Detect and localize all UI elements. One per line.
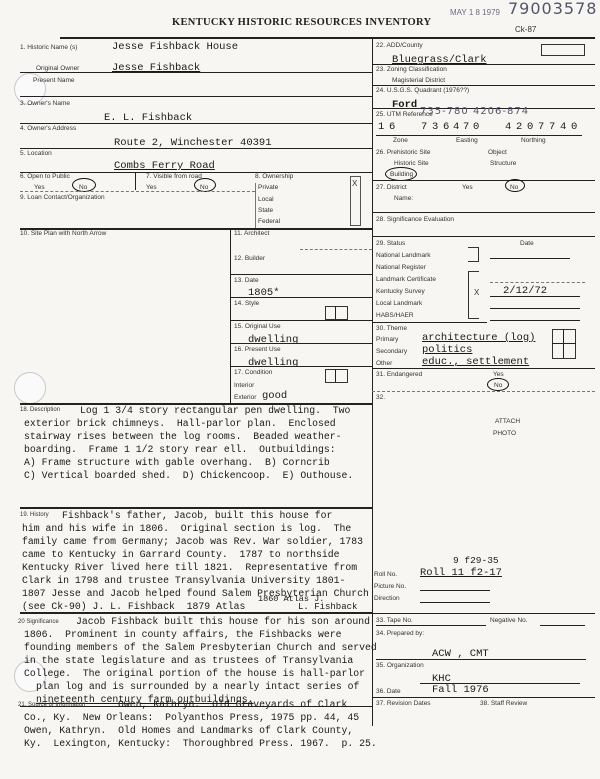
significance-evaluation-label: 28. Significance Evaluation [376,216,454,223]
theme-primary-label: Primary [376,336,398,343]
history-line: him and his wife in 1806. Original secti… [22,522,351,535]
district-yes[interactable]: Yes [462,184,473,191]
usgs-quadrant-label: 24. U.S.G.S. Quadrant (1976??) [376,87,469,94]
significance-line: 1806. Prominent in county affairs, the F… [24,628,341,641]
add-county-label: 22. ADD/County [376,42,423,49]
source-line: Owen, Kathryn. Old Homes and Landmarks o… [24,724,353,737]
negative-no-label: Negative No. [490,617,528,624]
rule [540,625,585,626]
visible-from-road-yes[interactable]: Yes [146,184,157,191]
owners-name-label: 3. Owner's Name [20,100,70,107]
rule [230,297,372,298]
rule [376,135,582,136]
builder-label: 12. Builder [234,255,265,262]
theme-other-label: Other [376,360,392,367]
rule [20,612,372,614]
theme-secondary-label: Secondary [376,348,407,355]
exterior-condition-value[interactable]: good [262,390,287,402]
magisterial-district-label: Magisterial District [392,77,445,84]
rule [372,322,487,323]
tape-no-label: 33. Tape No. [376,617,413,624]
form-title: KENTUCKY HISTORIC RESOURCES INVENTORY [172,17,431,28]
top-rule [60,37,595,39]
utm-easting-digit[interactable]: 3 [432,121,438,133]
visible-from-road-label: 7. Visible from road [146,173,202,180]
rule [372,697,595,698]
significance-line: founding members of the Salem Presbyteri… [24,641,377,654]
status-national-landmark: National Landmark [376,252,431,259]
utm-northing-digit[interactable]: 0 [571,121,577,133]
object-option[interactable]: Object [488,149,507,156]
present-use-label: 16. Present Use [234,346,281,353]
rule [490,308,580,309]
structure-option[interactable]: Structure [490,160,516,167]
description-label: 18. Description [20,407,60,413]
source-label: 21. Source of Information [18,702,85,708]
description-line: exterior brick chimneys. Hall-parlor pla… [24,417,336,430]
selected-building-circle [385,167,417,181]
field-32-label: 32. [376,394,385,401]
endangered-yes[interactable]: Yes [493,371,504,378]
condition-code-box[interactable] [325,369,348,383]
rule [255,183,256,228]
status-label: 29. Status [376,240,405,247]
original-owner-label: Original Owner [36,65,79,72]
rule [376,625,486,626]
style-code-box[interactable] [325,306,348,320]
present-use-value[interactable]: dwelling [248,357,298,369]
status-landmark-certificate: Landmark Certificate [376,276,436,283]
theme-label: 30. Theme [376,325,407,332]
open-to-public-label: 6. Open to Public [20,173,70,180]
picture-range-annotation: 9 f29-35 [453,555,499,566]
significance-label: 20 Significance [18,619,59,625]
location-label: 5. Location [20,150,52,157]
photo-area[interactable] [380,406,590,506]
prehistoric-site-label: 26. Prehistoric Site [376,149,431,156]
selected-no-circle [194,178,216,192]
ownership-private[interactable]: Private [258,184,278,191]
rule [552,343,576,344]
status-checkbox[interactable] [468,247,479,262]
utm-northing-digit[interactable]: 0 [527,121,533,133]
history-line: Kentucky River lived here till 1821. Rep… [22,561,357,574]
open-to-public-yes[interactable]: Yes [34,184,45,191]
ownership-local[interactable]: Local [258,196,274,203]
date-label: 13. Date [234,277,259,284]
location-value[interactable]: Combs Ferry Road [114,160,215,172]
theme-other-value[interactable]: educ., settlement [422,356,529,368]
rule [372,85,595,86]
description-line: boarding. Frame 1 1/2 story rear ell. Ou… [24,443,336,456]
picture-no-label: Picture No. [374,583,406,590]
selected-no-circle [505,179,525,192]
staff-review-label: 38. Staff Review [480,700,527,707]
history-line: came to Kentucky in Garrard County. 1787… [22,548,339,561]
rule [490,282,585,283]
significance-line: Jacob Fishback built this house for his … [76,615,370,628]
date-prepared-label: 36. Date [376,688,401,695]
significance-line: College. The original portion of the hou… [24,667,365,680]
site-plan-area[interactable] [20,240,228,400]
rule [372,391,595,392]
utm-easting-label: Easting [456,137,478,144]
rule [230,366,372,367]
rule [20,148,372,149]
organization-label: 35. Organization [376,662,424,669]
rule [230,228,231,403]
rule [230,343,372,344]
status-habs-haer: HABS/HAER [376,312,414,319]
present-name-label: Present Name [33,77,75,84]
ownership-check-mark: X [352,179,357,188]
architect-label: 11. Architect [234,230,269,237]
usgs-quadrant-value[interactable]: Ford [392,99,417,111]
rule [372,212,595,213]
rule [230,274,372,275]
rule [230,320,372,321]
historic-site-option[interactable]: Historic Site [394,160,429,167]
rule [372,64,595,65]
handwritten-register-number: 79003578 [508,0,597,18]
description-line: C) Vertical boarded shed. D) Chickencoop… [24,469,353,482]
column-divider [372,38,373,236]
ownership-label: 8. Ownership [255,173,293,180]
utm-northing-digit[interactable]: 2 [516,121,522,133]
description-line: Log 1 3/4 story rectangular pen dwelling… [80,404,350,417]
utm-northing-digit[interactable]: 7 [549,121,555,133]
rule [335,306,336,319]
selected-no-circle [487,378,509,391]
utm-northing-digit[interactable]: 7 [538,121,544,133]
history-line: family came from Germany; Jacob was Rev.… [22,535,363,548]
prepared-by-label: 34. Prepared by: [376,630,424,637]
status-national-register: National Register [376,264,426,271]
direction-label: Direction [374,595,400,602]
rule [335,369,336,382]
date-prepared-value[interactable]: Fall 1976 [432,684,489,696]
rule [490,320,580,321]
theme-primary-value[interactable]: architecture (log) [422,332,535,344]
rule [376,659,586,660]
status-kentucky-survey: Kentucky Survey [376,288,425,295]
revision-dates-label: 37. Revision Dates [376,700,431,707]
site-id: Ck-87 [515,25,536,34]
utm-northing-digit[interactable]: 4 [560,121,566,133]
source-line: Ky. Lexington, Kentucky: Thoroughbred Pr… [24,737,377,750]
utm-easting-digit[interactable]: 6 [443,121,449,133]
rule [420,602,490,603]
district-label: 27. District [376,184,407,191]
exterior-label: Exterior [234,394,256,401]
historic-name-label: 1. Historic Name (s) [20,44,77,51]
original-use-label: 15. Original Use [234,323,281,330]
condition-label: 17. Condition [234,369,272,376]
source-line: Owen, Kathryn. Old Graveyards of Clark [118,698,347,711]
rule [20,96,372,97]
utm-easting-digit[interactable]: 0 [473,121,479,133]
district-name-label: Name: [394,195,413,202]
style-label: 14. Style [234,300,259,307]
history-line: Fishback's father, Jacob, built this hou… [62,509,332,522]
rule [372,236,595,237]
description-line: stairway rises between the log rooms. Be… [24,430,341,443]
zoning-label: 23. Zoning Classification [376,66,447,73]
endangered-label: 31. Endangered [376,371,422,378]
rule [372,368,595,369]
description-line: A) Frame structure with gable overhang. … [24,456,330,469]
significance-line: in the state legislature and as trustees… [24,654,353,667]
utm-easting-digit[interactable]: 7 [463,121,469,133]
history-annotation: L. Fishback [298,602,357,612]
rule [490,296,580,297]
status-local-landmark: Local Landmark [376,300,422,307]
rule [372,613,595,614]
historic-name-value[interactable]: Jesse Fishback House [112,41,238,53]
history-line: Clark in 1798 and trustee Transylvania U… [22,574,345,587]
source-line: Co., Ky. New Orleans: Polyanthos Press, … [24,711,359,724]
rule [300,249,372,250]
theme-code-box[interactable] [552,329,576,359]
history-label: 19. History [20,512,49,518]
rule [20,72,372,73]
original-use-value[interactable]: dwelling [248,334,298,346]
utm-zone-label: Zone [393,137,408,144]
ownership-federal[interactable]: Federal [258,218,280,225]
rule [20,191,255,192]
utm-northing-label: Northing [521,137,546,144]
roll-no-label: Roll No. [374,571,397,578]
roll-no-value[interactable]: Roll 11 f2-17 [420,567,502,579]
rule [135,173,136,190]
owners-address-label: 4. Owner's Address [20,125,76,132]
utm-northing-digit[interactable]: 4 [505,121,511,133]
interior-label: Interior [234,382,254,389]
utm-easting-digit[interactable]: 4 [453,121,459,133]
loan-contact-label: 9. Loan Contact/Organization [20,194,105,201]
rule [20,123,372,124]
rule [490,258,570,259]
status-date-label: Date [520,240,534,247]
code-box[interactable] [541,44,585,56]
selected-no-circle [72,178,96,192]
ownership-state[interactable]: State [258,207,273,214]
utm-zone-digit[interactable]: 6 [389,121,395,133]
received-date-stamp: MAY 1 8 1979 [450,8,500,17]
theme-secondary-value[interactable]: politics [422,344,472,356]
utm-handwritten: 735-780 4206-874 [420,106,529,117]
utm-easting-digit[interactable]: 7 [421,121,427,133]
site-plan-label: 10. Site Plan with North Arrow [20,230,106,237]
rule [420,590,490,591]
utm-zone-digit[interactable]: 1 [378,121,384,133]
rule [372,180,595,181]
significance-line: plan log and is surrounded by a nearly i… [36,680,359,693]
kentucky-survey-mark: X [474,288,479,297]
